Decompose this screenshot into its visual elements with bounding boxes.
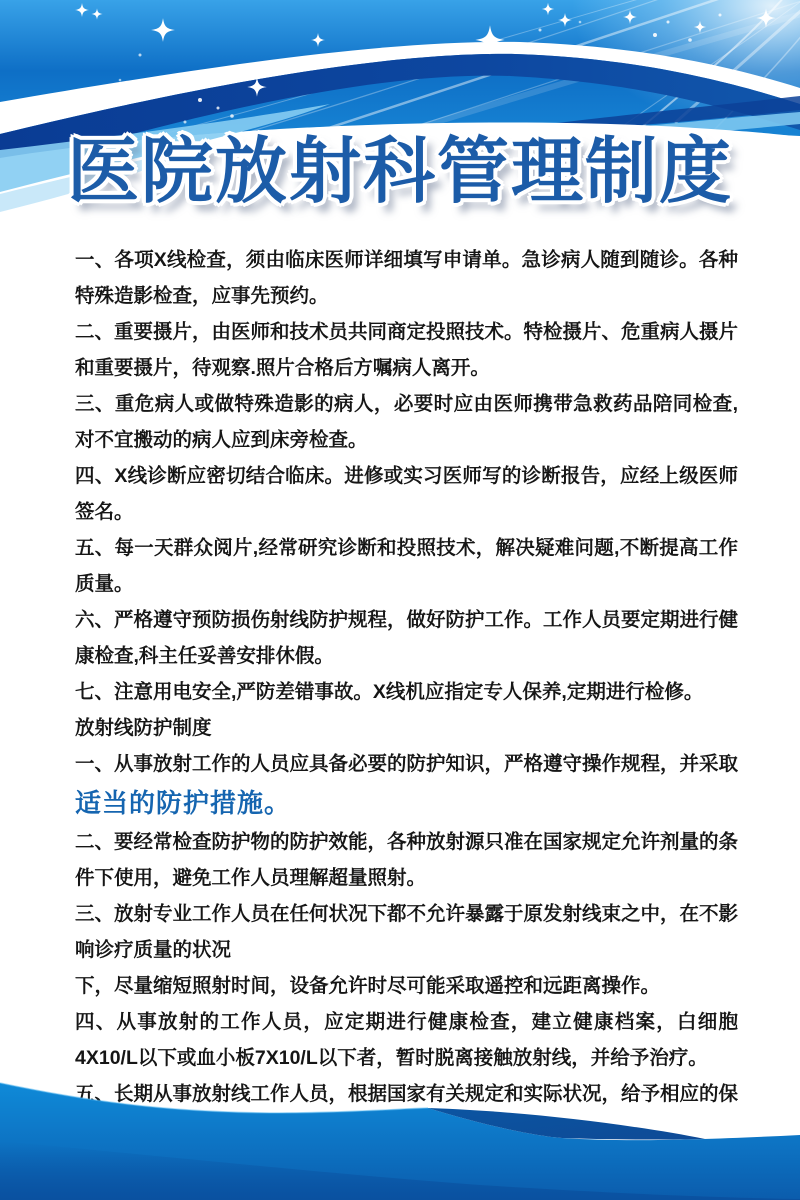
header-banner: 医院放射科管理制度 [0,0,800,240]
protection-item-3: 三、放射专业工作人员在任何状况下都不允许暴露于原发射线束之中，在不影响诊疗质量的… [75,896,738,968]
protection-item-1: 一、从事放射工作的人员应具备必要的防护知识，严格遵守操作规程，并采取适当的防护措… [75,746,738,824]
radiology-rules-poster: 医院放射科管理制度 一、各项X线检查，须由临床医师详细填写申请单。急诊病人随到随… [0,0,800,1200]
rules-list: 一、各项X线检查，须由临床医师详细填写申请单。急诊病人随到随诊。各种特殊造影检查… [75,242,738,1148]
poster-title: 医院放射科管理制度 [0,131,800,210]
protection-item-1-lead: 一、从事放射工作的人员应具备必要的防护知识，严格遵守操作规程，并采取 [75,753,738,775]
protection-item-4: 四、从事放射的工作人员，应定期进行健康检查，建立健康档案，白细胞4X10/L以下… [75,1004,738,1076]
rule-item-2: 二、重要摄片，由医师和技术员共同商定投照技术。特检摄片、危重病人摄片和重要摄片，… [75,314,738,386]
protection-item-3b: 下，尽量缩短照射时间，设备允许时尽可能采取遥控和远距离操作。 [75,968,738,1004]
footer-wave [0,1075,800,1200]
rule-item-4: 四、X线诊断应密切结合临床。进修或实习医师写的诊断报告，应经上级医师签名。 [75,458,738,530]
rule-item-1: 一、各项X线检查，须由临床医师详细填写申请单。急诊病人随到随诊。各种特殊造影检查… [75,242,738,314]
rule-item-6: 六、严格遵守预防损伤射线防护规程，做好防护工作。工作人员要定期进行健康检查,科主… [75,602,738,674]
footer-wave-art [0,1075,800,1200]
section-subheading: 放射线防护制度 [75,710,738,746]
protection-item-1-highlight: 适当的防护措施。 [75,782,291,824]
rule-item-3: 三、重危病人或做特殊造影的病人，必要时应由医师携带急救药品陪同检查,对不宜搬动的… [75,386,738,458]
rule-item-7: 七、注意用电安全,严防差错事故。X线机应指定专人保养,定期进行检修。 [75,674,738,710]
protection-item-2: 二、要经常检查防护物的防护效能，各种放射源只准在国家规定允许剂量的条件下使用，避… [75,824,738,896]
rule-item-5: 五、每一天群众阅片,经常研究诊断和投照技术，解决疑难问题,不断提高工作质量。 [75,530,738,602]
